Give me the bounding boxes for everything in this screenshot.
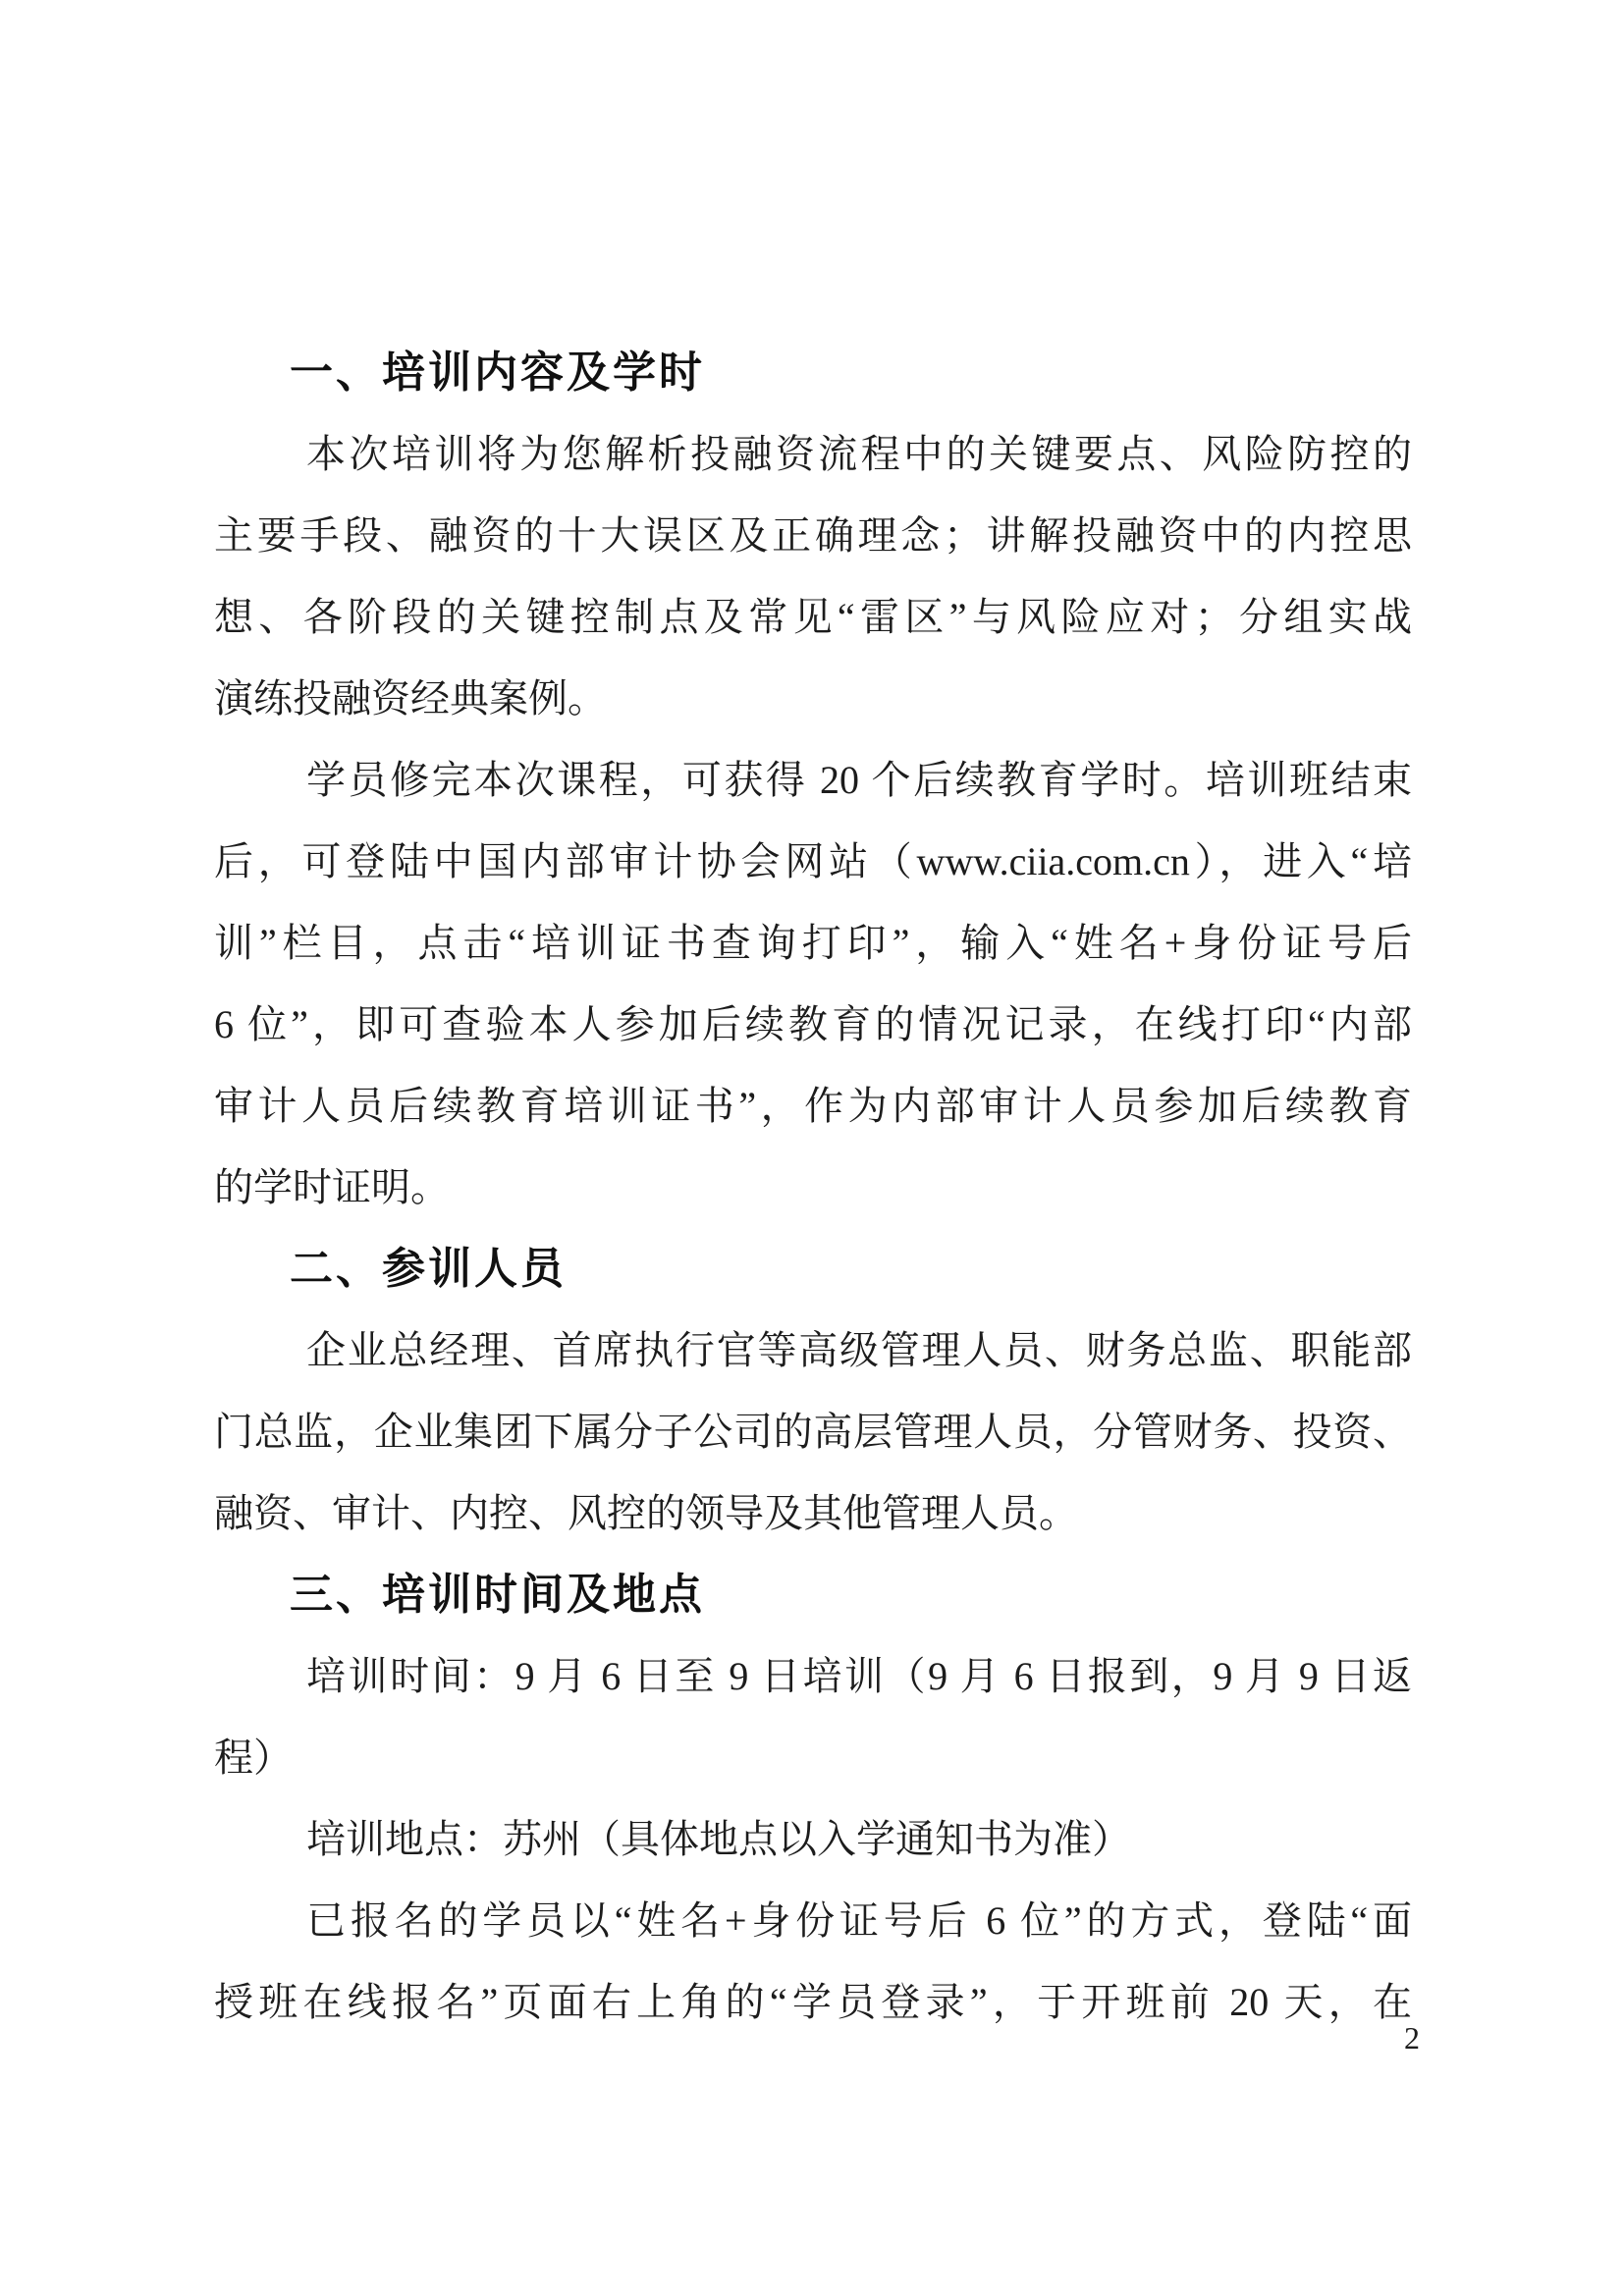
section-heading: 一、培训内容及学时 [214, 332, 1412, 413]
paragraph-line: 6 位”，即可查验本人参加后续教育的情况记录，在线打印“内部 [214, 984, 1412, 1065]
paragraph-line: 授班在线报名”页面右上角的“学员登录”，于开班前 20 天，在 [214, 1961, 1412, 2043]
paragraph-line: 培训地点：苏州（具体地点以入学通知书为准） [214, 1798, 1412, 1880]
paragraph-line: 学员修完本次课程，可获得 20 个后续教育学时。培训班结束 [214, 739, 1412, 821]
paragraph-line: 程） [214, 1717, 1412, 1798]
paragraph-line: 想、各阶段的关键控制点及常见“雷区”与风险应对；分组实战 [214, 576, 1412, 658]
document-page: 一、培训内容及学时本次培训将为您解析投融资流程中的关键要点、风险防控的主要手段、… [0, 0, 1624, 2296]
paragraph-line: 审计人员后续教育培训证书”，作为内部审计人员参加后续教育 [214, 1065, 1412, 1147]
paragraph-line: 培训时间：9 月 6 日至 9 日培训（9 月 6 日报到，9 月 9 日返 [214, 1635, 1412, 1717]
paragraph-line: 门总监，企业集团下属分子公司的高层管理人员，分管财务、投资、 [214, 1391, 1412, 1472]
paragraph-line: 已报名的学员以“姓名+身份证号后 6 位”的方式，登陆“面 [214, 1880, 1412, 1961]
document-content: 一、培训内容及学时本次培训将为您解析投融资流程中的关键要点、风险防控的主要手段、… [214, 332, 1412, 2043]
paragraph-line: 本次培训将为您解析投融资流程中的关键要点、风险防控的 [214, 413, 1412, 495]
section-heading: 三、培训时间及地点 [214, 1554, 1412, 1635]
paragraph-line: 的学时证明。 [214, 1147, 1412, 1228]
paragraph-line: 训”栏目，点击“培训证书查询打印”，输入“姓名+身份证号后 [214, 902, 1412, 984]
page-number: 2 [1404, 2018, 1420, 2057]
paragraph-line: 融资、审计、内控、风控的领导及其他管理人员。 [214, 1472, 1412, 1554]
paragraph-line: 企业总经理、首席执行官等高级管理人员、财务总监、职能部 [214, 1309, 1412, 1391]
paragraph-line: 主要手段、融资的十大误区及正确理念；讲解投融资中的内控思 [214, 495, 1412, 576]
section-heading: 二、参训人员 [214, 1228, 1412, 1309]
paragraph-line: 后，可登陆中国内部审计协会网站（www.ciia.com.cn），进入“培 [214, 821, 1412, 902]
paragraph-line: 演练投融资经典案例。 [214, 658, 1412, 739]
